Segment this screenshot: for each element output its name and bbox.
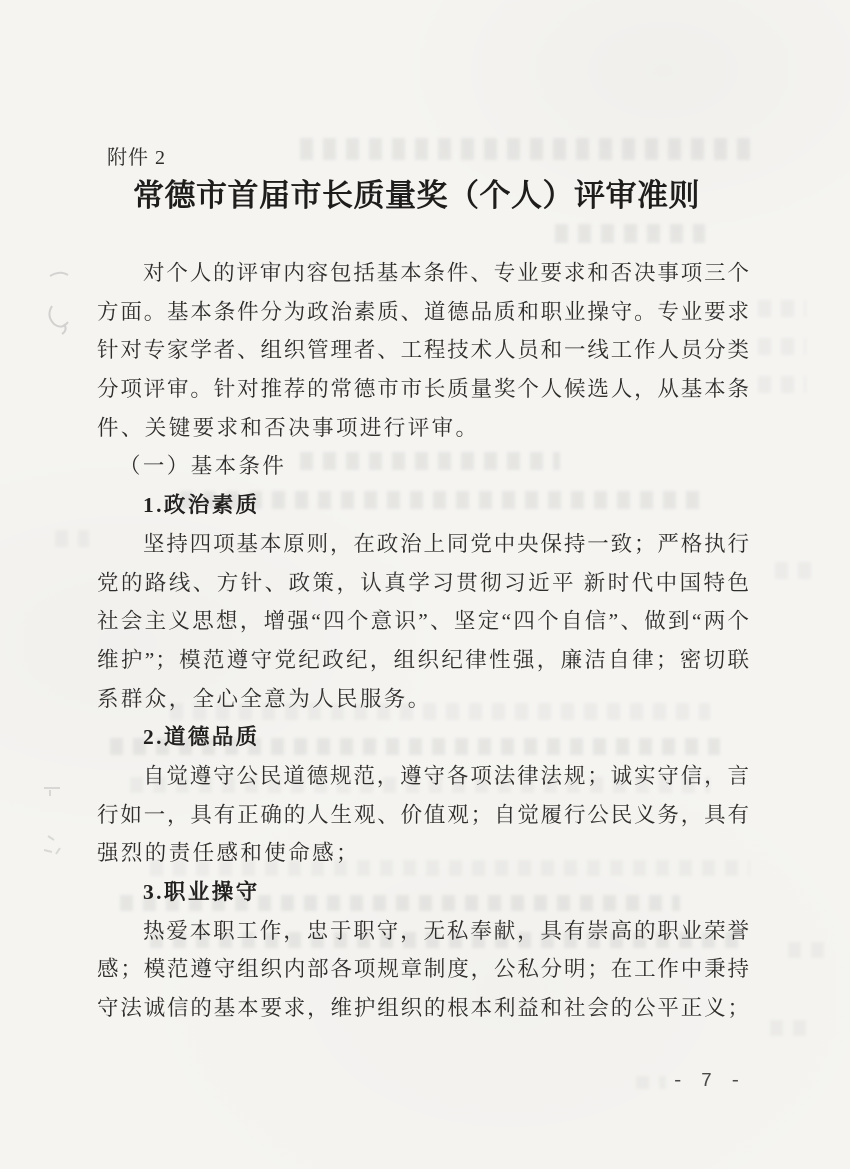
bleedthrough-mark <box>758 300 806 317</box>
bleedthrough-mark <box>555 224 705 243</box>
document-body: 对个人的评审内容包括基本条件、专业要求和否决事项三个方面。基本条件分为政治素质、… <box>97 254 750 1028</box>
bleedthrough-mark <box>775 562 815 579</box>
text-line: 分项评审。针对推荐的常德市市长质量奖个人候选人，从基本条 <box>97 370 750 409</box>
text-line: 社会主义思想，增强“四个意识”、坚定“四个自信”、做到“两个 <box>97 602 750 641</box>
text-line: 强烈的责任感和使命感； <box>97 834 750 873</box>
bleedthrough-mark <box>55 530 89 547</box>
page-number: - 7 - <box>672 1070 744 1092</box>
scan-artifact <box>30 780 76 870</box>
text-line: 2.道德品质 <box>97 718 750 757</box>
text-line: （一）基本条件 <box>97 447 750 486</box>
document-title: 常德市首届市长质量奖（个人）评审准则 <box>97 170 750 215</box>
text-line: 件、关键要求和否决事项进行评审。 <box>97 409 750 448</box>
text-line: 对个人的评审内容包括基本条件、专业要求和否决事项三个 <box>97 254 750 293</box>
bleedthrough-mark <box>758 376 806 393</box>
bleedthrough-mark <box>788 942 824 958</box>
text-line: 热爱本职工作，忠于职守，无私奉献，具有崇高的职业荣誉 <box>97 912 750 951</box>
text-line: 感；模范遵守组织内部各项规章制度，公私分明；在工作中秉持 <box>97 950 750 989</box>
scanned-document-page: 附件 2 常德市首届市长质量奖（个人）评审准则 对个人的评审内容包括基本条件、专… <box>0 0 850 1169</box>
bleedthrough-mark <box>758 338 806 355</box>
text-line: 维护”；模范遵守党纪政纪，组织纪律性强，廉洁自律；密切联 <box>97 641 750 680</box>
text-line: 守法诚信的基本要求，维护组织的根本利益和社会的公平正义； <box>97 989 750 1028</box>
text-line: 方面。基本条件分为政治素质、道德品质和职业操守。专业要求 <box>97 293 750 332</box>
bleedthrough-mark <box>636 1076 666 1089</box>
attachment-label: 附件 2 <box>107 141 166 170</box>
bleedthrough-mark <box>300 138 755 160</box>
bleedthrough-mark <box>770 1020 810 1036</box>
text-line: 坚持四项基本原则，在政治上同党中央保持一致；严格执行 <box>97 525 750 564</box>
text-line: 党的路线、方针、政策，认真学习贯彻习近平 新时代中国特色 <box>97 564 750 603</box>
text-line: 1.政治素质 <box>97 486 750 525</box>
text-line: 系群众，全心全意为人民服务。 <box>97 680 750 719</box>
text-line: 3.职业操守 <box>97 873 750 912</box>
text-line: 自觉遵守公民道德规范，遵守各项法律法规；诚实守信，言 <box>97 757 750 796</box>
text-line: 行如一，具有正确的人生观、价值观；自觉履行公民义务，具有 <box>97 796 750 835</box>
text-line: 针对专家学者、组织管理者、工程技术人员和一线工作人员分类 <box>97 331 750 370</box>
scan-artifact <box>38 268 88 348</box>
